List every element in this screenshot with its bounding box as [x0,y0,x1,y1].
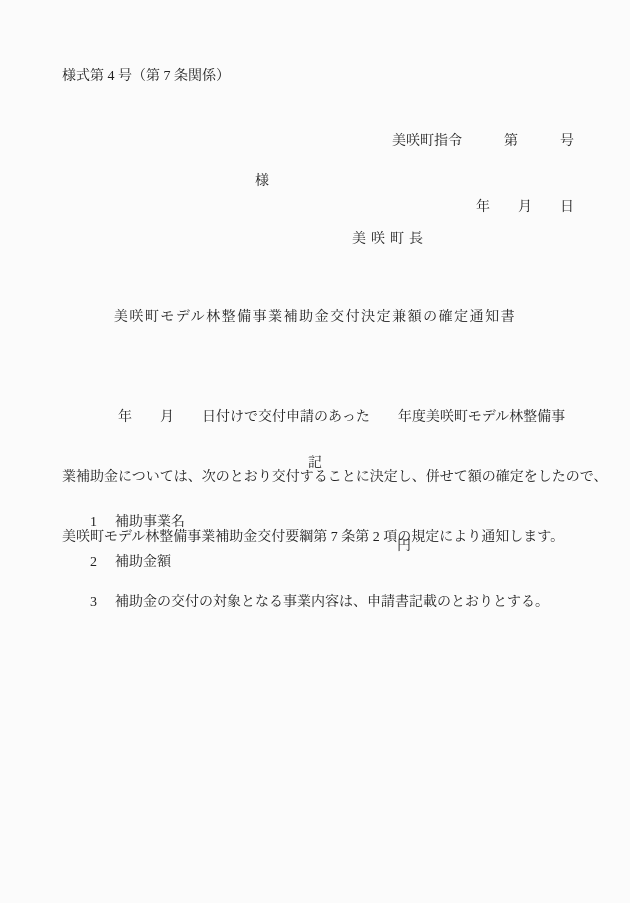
item-label: 補助金額 [115,555,171,570]
currency-unit-label: 円 [397,535,411,555]
sender-title: 美咲町長 [352,228,428,248]
list-item: 3補助金の交付の対象となる事業内容は、申請書記載のとおりとする。 [62,575,582,627]
section-marker-ki: 記 [0,452,630,472]
item-number: 1 [90,515,115,531]
item-label: 補助金の交付の対象となる事業内容は、申請書記載のとおりとする。 [115,595,549,610]
item-label: 補助事業名 [115,515,185,530]
directive-date-line: 年 月 日 [392,197,574,219]
addressee-honorific: 様 [255,170,269,190]
form-number-label: 様式第 4 号（第 7 条関係） [62,65,230,85]
document-page: 様式第 4 号（第 7 条関係） 美咲町指令 第 号 年 月 日 様 美咲町長 … [0,0,630,903]
directive-number-line: 美咲町指令 第 号 [392,131,574,153]
item-number: 3 [90,595,115,611]
item-number: 2 [90,555,115,571]
document-title: 美咲町モデル林整備事業補助金交付決定兼額の確定通知書 [0,306,630,326]
body-line: 年 月 日付けで交付申請のあった 年度美咲町モデル林整備事 [62,408,582,428]
